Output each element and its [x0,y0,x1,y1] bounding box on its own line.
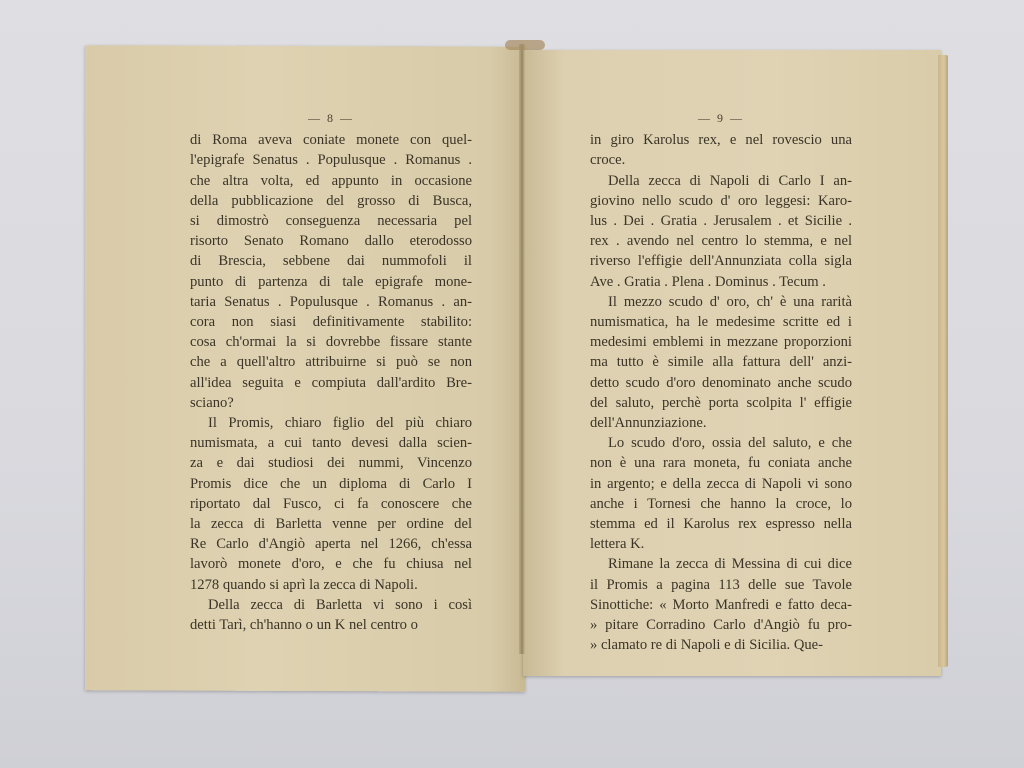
text-line: stemma ed il Karolus rex espresso nella [590,514,852,534]
text-line: 1278 quando si aprì la zecca di Napoli. [190,575,472,595]
text-line: taria Senatus . Populusque . Romanus . a… [190,292,472,312]
text-line: sciano? [190,393,472,413]
left-page-lines: di Roma aveva coniate monete con quel-l'… [190,130,472,635]
text-line: Della zecca di Barletta vi sono i così [190,595,472,615]
text-line: che a quell'altro attribuirne si può se … [190,352,472,372]
text-line: in argento; e della zecca di Napoli vi s… [590,474,852,494]
open-book: — 8 — di Roma aveva coniate monete con q… [0,0,1024,768]
text-line: ma tutto è simile alla fattura dell' anz… [590,352,852,372]
text-line: Re Carlo d'Angiò aperta nel 1266, ch'ess… [190,534,472,554]
page-number: — 8 — [190,108,472,128]
text-line: lettera K. [590,534,852,554]
text-line: del saluto, perchè porta scolpita l' eff… [590,393,852,413]
text-line: Della zecca di Napoli di Carlo I an- [590,171,852,191]
text-line: Il Promis, chiaro figlio del più chiaro [190,413,472,433]
text-line: giovino nello scudo d' oro leggesi: Karo… [590,191,852,211]
text-line: lavorò monete d'oro, e che fu chiusa nel [190,554,472,574]
text-line: di Roma aveva coniate monete con quel- [190,130,472,150]
text-line: il Promis a pagina 113 delle sue Tavole [590,575,852,595]
text-line: detti Tarì, ch'hanno o un K nel centro o [190,615,472,635]
text-line: Sinottiche: « Morto Manfredi e fatto dec… [590,595,852,615]
text-line: anche i Tornesi che hanno la croce, lo [590,494,852,514]
page-block-edge [938,55,948,667]
left-page-text: — 8 — di Roma aveva coniate monete con q… [190,108,472,635]
text-line: cora non siasi definitivamente stabilito… [190,312,472,332]
spine-stain [505,40,545,50]
text-line: riverso l'effigie dell'Annunziata colla … [590,251,852,271]
page-number: — 9 — [590,108,852,128]
text-line: medesimi emblemi in mezzane proporzioni [590,332,852,352]
text-line: Lo scudo d'oro, ossia del saluto, e che [590,433,852,453]
text-line: numismatica, ha le medesime scritte ed i [590,312,852,332]
text-line: numismata, a cui tanto devesi dalla scie… [190,433,472,453]
text-line: di Brescia, sebbene dai nummofoli il [190,251,472,271]
text-line: della pubblicazione del grosso di Busca, [190,191,472,211]
text-line: riportato dal Fusco, ci fa conoscere che [190,494,472,514]
text-line: punto di partenza di tale epigrafe mone- [190,272,472,292]
text-line: Il mezzo scudo d' oro, ch' è una rarità [590,292,852,312]
text-line: si dimostrò conseguenza necessaria pel [190,211,472,231]
text-line: Ave . Gratia . Plena . Dominus . Tecum . [590,272,852,292]
right-page-lines: in giro Karolus rex, e nel rovescio unac… [590,130,852,655]
right-page-text: — 9 — in giro Karolus rex, e nel rovesci… [590,108,852,655]
text-line: » pitare Corradino Carlo d'Angiò fu pro- [590,615,852,635]
text-line: che altra volta, ed appunto in occasione [190,171,472,191]
text-line: rex . avendo nel centro lo stemma, e nel [590,231,852,251]
text-line: » clamato re di Napoli e di Sicilia. Que… [590,635,852,655]
text-line: in giro Karolus rex, e nel rovescio una [590,130,852,150]
text-line: lus . Dei . Gratia . Jerusalem . et Sici… [590,211,852,231]
book-gutter [519,44,525,654]
text-line: risorto Senato Romano dallo eterodosso [190,231,472,251]
text-line: Promis dice che un diploma di Carlo I [190,474,472,494]
text-line: detto scudo d'oro denominato anche scudo [590,373,852,393]
text-line: Rimane la zecca di Messina di cui dice [590,554,852,574]
text-line: za e dai studiosi dei nummi, Vincenzo [190,453,472,473]
text-line: l'epigrafe Senatus . Populusque . Romanu… [190,150,472,170]
text-line: croce. [590,150,852,170]
text-line: non è una rara moneta, fu coniata anche [590,453,852,473]
text-line: dell'Annunziazione. [590,413,852,433]
text-line: all'idea seguita e compiuta dall'ardito … [190,373,472,393]
text-line: cosa ch'ormai la si dovrebbe fissare sta… [190,332,472,352]
text-line: la zecca di Barletta venne per ordine de… [190,514,472,534]
